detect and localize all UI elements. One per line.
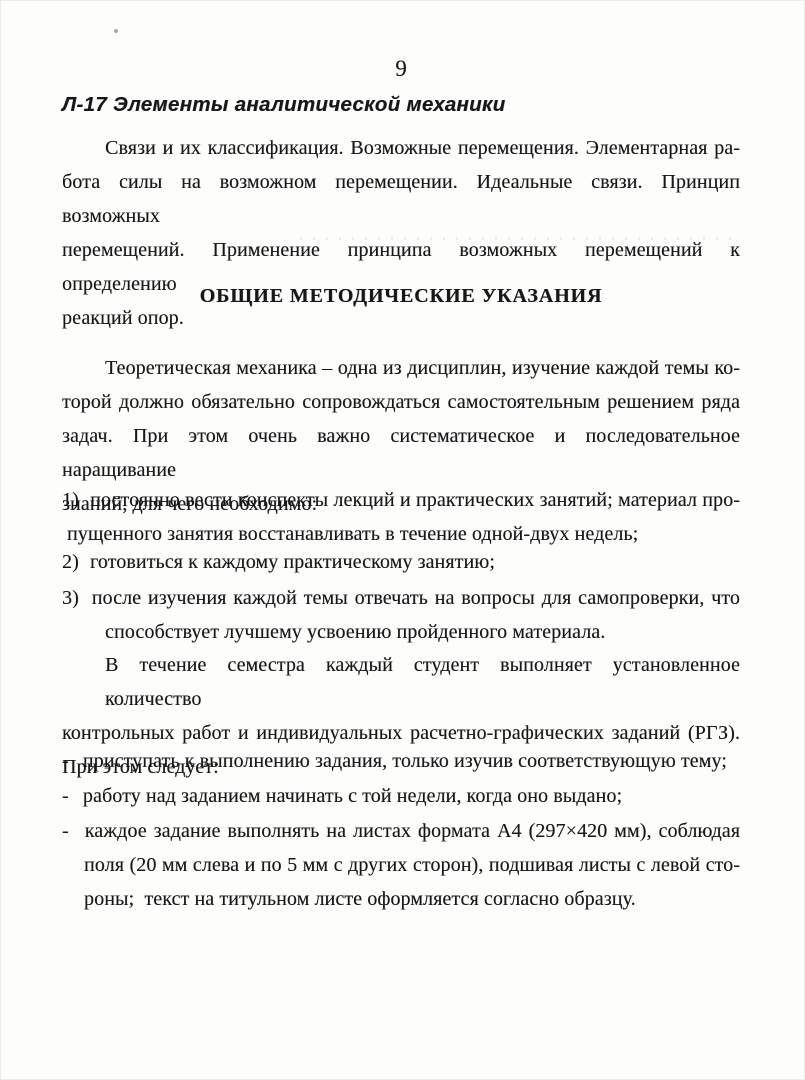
text-line: - работу над заданием начинать с той нед… [62,779,740,813]
text-line: способствует лучшему усвоению пройденног… [62,615,740,649]
numbered-list-item: 1) постоянно вести конспекты лекций и пр… [62,483,740,551]
text-line: Связи и их классификация. Возможные пере… [62,131,740,165]
text-line: роны; текст на титульном листе оформляет… [62,882,740,916]
text-line: - приступать к выполнению задания, тольк… [62,744,740,778]
text-line: - каждое задание выполнять на листах фор… [62,814,740,848]
dash-list-item: - каждое задание выполнять на листах фор… [62,814,740,916]
dash-list-item: - работу над заданием начинать с той нед… [62,779,740,813]
numbered-list-item: 3) после изучения каждой темы отвечать н… [62,581,740,649]
list-marker: 2) [62,551,79,573]
scan-speck-artifact [114,29,118,33]
text-line: 2) готовиться к каждому практическому за… [62,545,740,579]
list-text: приступать к выполнению задания, только … [83,750,727,772]
list-marker: 1) [62,489,79,511]
scanned-document-page: 9 Л-17 Элементы аналитической механики С… [0,0,805,1080]
text-line: торой должно обязательно сопровождаться … [62,385,740,419]
list-marker: - [62,785,69,807]
text-line: 1) постоянно вести конспекты лекций и пр… [62,483,740,517]
list-marker: 3) [62,587,79,609]
list-marker: - [62,750,69,772]
text-line: поля (20 мм слева и по 5 мм с других сто… [62,848,740,882]
numbered-list-item: 2) готовиться к каждому практическому за… [62,545,740,579]
list-text: каждое задание выполнять на листах форма… [85,820,740,842]
list-text: после изучения каждой темы отвечать на в… [92,587,740,609]
list-text: постоянно вести конспекты лекций и практ… [90,489,740,511]
section-title: ОБЩИЕ МЕТОДИЧЕСКИЕ УКАЗАНИЯ [62,282,740,310]
list-text: готовиться к каждому практическому занят… [90,551,495,573]
text-line: Теоретическая механика – одна из дисципл… [62,351,740,385]
lecture-heading: Л-17 Элементы аналитической механики [62,91,740,119]
text-line: В течение семестра каждый студент выполн… [62,648,740,716]
text-line: задач. При этом очень важно систематичес… [62,419,740,487]
text-line: 3) после изучения каждой темы отвечать н… [62,581,740,615]
dash-list-item: - приступать к выполнению задания, тольк… [62,744,740,778]
list-text: работу над заданием начинать с той недел… [83,785,622,807]
page-number: 9 [62,54,740,84]
list-marker: - [62,820,69,842]
text-line: бота силы на возможном перемещении. Идеа… [62,165,740,233]
